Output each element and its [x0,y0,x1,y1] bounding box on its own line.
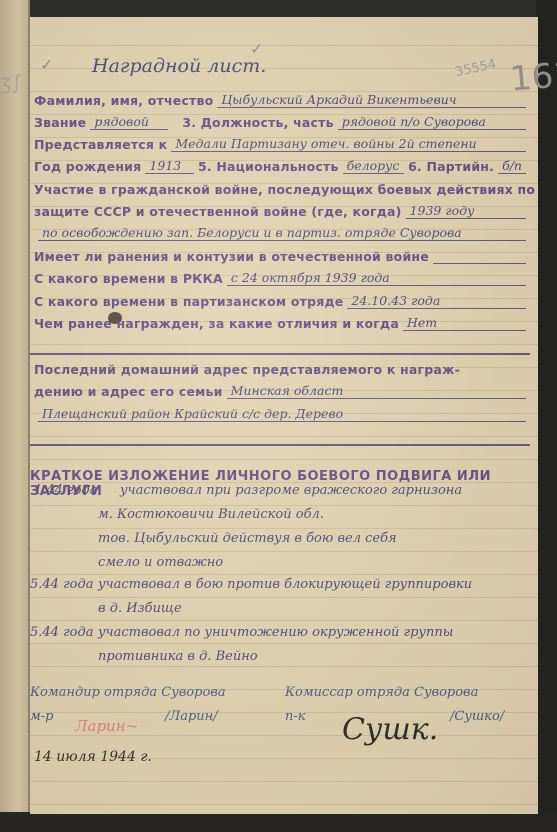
commissar-name: /Сушко/ [450,709,504,724]
value: Плещанский район Крайский с/с дер. Дерев… [38,406,526,422]
merit-entry-1-line: тов. Цыбульский действуя в бою вел себя [98,531,397,546]
field-rank-position: Звание рядовой 3. Должность, часть рядов… [34,108,530,130]
field-nominated-for: Представляется к Медали Партизану отеч. … [34,130,530,152]
label: Последний домашний адрес представляемого… [34,362,460,377]
label: Участие в гражданской войне, последующих… [34,182,535,197]
commander-name: /Ларин/ [165,709,218,724]
commander-prefix: м-р [30,709,54,724]
field-address-line2: дению и адрес его семьи Минская област [34,377,530,399]
label: 3. Должность, часть [182,115,333,130]
value: с 24 октября 1939 года [227,270,526,286]
field-participation-line1: Участие в гражданской войне, последующих… [34,175,530,197]
signature-date: 14 июля 1944 г. [34,749,152,765]
label: С какого времени в РККА [34,271,223,286]
commander-signature: Ларин~ [75,717,138,735]
label: Представляется к [34,137,167,152]
merit-entry-2-date: 5.44 года [30,577,93,592]
label: защите СССР и отечественной войне (где, … [34,204,402,219]
value: белорус [343,158,405,174]
field-birth-nationality-party: Год рождения 1913 5. Национальность бело… [34,152,530,174]
value: Нет [403,315,526,331]
label: 5. Национальность [198,159,339,174]
label: Звание [34,115,86,130]
label: Чем ранее награжден, за какие отличия и … [34,316,399,331]
value: Медали Партизану отеч. войны 2й степени [171,136,526,152]
value: 1939 году [406,203,526,219]
label: Год рождения [34,159,141,174]
value: рядовой п/о Суворова [338,114,526,130]
merit-entry-1-line: участвовал при разгроме вражеского гарни… [120,483,462,498]
label: Фамилия, имя, отчество [34,93,213,108]
field-partisan-since: С какого времени в партизанском отряде 2… [34,287,530,309]
commissar-title: Комиссар отряда Суворова [285,685,478,700]
value: по освобождению зап. Белоруси и в партиз… [38,225,526,241]
value: б/п [498,158,526,174]
background-right [536,0,557,832]
field-rkka-since: С какого времени в РККА с 24 октября 193… [34,264,530,286]
value [433,248,526,264]
value: Цыбульский Аркадий Викентьевич [217,92,526,108]
merit-entry-3-date: 5.44 года [30,625,93,640]
page-scribble: ʒ∫ [0,70,30,130]
label: 6. Партийн. [408,159,494,174]
value: 24.10.43 года [347,293,526,309]
field-address-line3: Плещанский район Крайский с/с дер. Дерев… [34,400,530,422]
divider [30,444,530,446]
field-full-name: Фамилия, имя, отчество Цыбульский Аркади… [34,86,530,108]
field-participation-line2: защите СССР и отечественной войне (где, … [34,197,530,219]
archive-number: 35554 [454,57,498,80]
field-participation-line3: по освобождению зап. Белоруси и в партиз… [34,219,530,241]
commissar-prefix: п-к [285,709,306,724]
background-top [30,0,557,18]
award-sheet-page: ✓ ✓ Наградной лист. 35554 161 Фамилия, и… [30,17,538,814]
merit-entry-3-line: противника в д. Вейно [98,649,258,664]
commander-title: Командир отряда Суворова [30,685,226,700]
merit-entry-1-line: м. Костюковичи Вилейской обл. [98,507,324,522]
field-previous-awards: Чем ранее награжден, за какие отличия и … [34,309,530,331]
background-bottom [0,812,557,832]
label: С какого времени в партизанском отряде [34,294,343,309]
value: Минская област [227,383,526,399]
merit-entry-2-line: в д. Избище [98,601,182,616]
commissar-signature: Сушк. [342,712,438,747]
check-mark-icon: ✓ [40,55,53,74]
value: 1913 [145,158,194,174]
merit-entry-3-line: участвовал по уничтожению окруженной гру… [98,625,453,640]
document-title: Наградной лист. [92,55,266,77]
field-wounds: Имеет ли ранения и контузии в отечествен… [34,242,530,264]
left-adjacent-page: ʒ∫ [0,0,30,832]
merit-entry-1-line: смело и отважно [98,555,223,570]
merit-entry-2-line: участвовал в бою против блокирующей груп… [98,577,472,592]
label: Имеет ли ранения и контузии в отечествен… [34,249,429,264]
field-address-line1: Последний домашний адрес представляемого… [34,355,530,377]
merit-entry-1-date: 1.44 года [34,483,97,498]
label: дению и адрес его семьи [34,384,223,399]
value: рядовой [90,114,168,130]
